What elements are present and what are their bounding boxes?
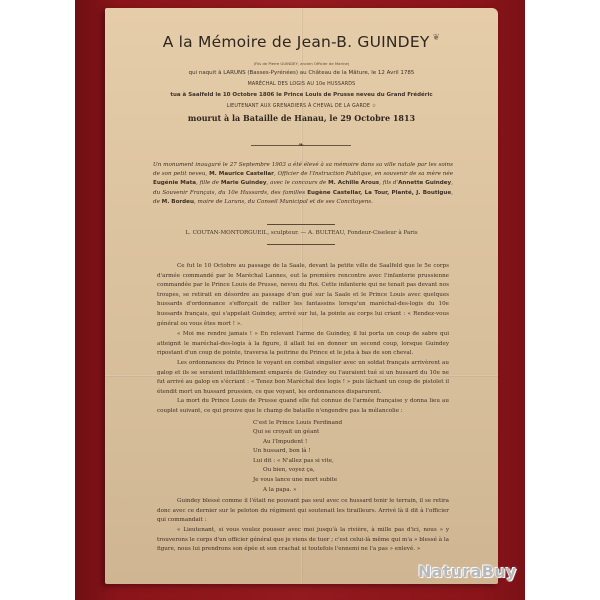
narrative-body: Ce fut le 10 Octobre au passage de la Sa…: [157, 262, 449, 555]
poem-line: Lui dit : « N'allez pas si vite,: [253, 457, 449, 467]
death-line: mourut à la Bataille de Hanau, le 29 Oct…: [105, 113, 498, 123]
paragraph-text: , avec le concours de: [267, 180, 329, 186]
paragraph-1: Ce fut le 10 Octobre au passage de la Sa…: [157, 262, 449, 329]
paragraph-text: , Officier de l'Instruction Publique, en…: [274, 171, 453, 177]
name-highlight: Eugène Castellar, La Tour, Planté, J. Bo…: [307, 190, 451, 196]
poem-line: Je vous lance une mort subite: [253, 476, 449, 486]
officer-line: LIEUTENANT AUX GRENADIERS À CHEVAL DE LA…: [105, 104, 498, 109]
paragraph-text: , fils d': [379, 180, 398, 186]
fleuron-icon: ❦: [432, 33, 440, 43]
name-highlight: Annette Guindey: [398, 180, 451, 186]
poem-line: Ou bien, voyez ça,: [253, 466, 449, 476]
name-highlight: M. Bordeu: [162, 199, 194, 205]
poem-line: Un hussard, bon là !: [253, 447, 449, 457]
paragraph-2: « Moi me rendre jamais ! » En relevant l…: [157, 330, 449, 359]
monument-paragraph: Un monument inauguré le 27 Septembre 190…: [153, 161, 453, 207]
title-text: A la Mémoire de Jean-B. GUINDEY: [163, 33, 430, 51]
memorial-document: A la Mémoire de Jean-B. GUINDEY❦ (Fils d…: [105, 8, 498, 584]
birth-line: qui naquit à LARUNS (Basses-Pyrénées) au…: [105, 70, 498, 76]
paragraph-3: Les ordonnances du Prince le voyant en c…: [157, 359, 449, 397]
paragraph-6: « Lieutenant, si vous voulez pousser ave…: [157, 526, 449, 555]
subtitle-parents: (Fils de Pierre GUINDEY, ancien Officier…: [105, 61, 498, 66]
deed-line: tua à Saalfeld le 10 Octobre 1806 le Pri…: [105, 92, 498, 98]
poem-line: Au l'Impudent !: [253, 438, 449, 448]
paragraph-4: La mort du Prince Louis de Prusse quand …: [157, 397, 449, 416]
poem-couplet: C'est le Prince Louis Ferdinand Qui se c…: [253, 419, 449, 496]
rank-line: MARÉCHAL DES LOGIS AU 10e HUSSARDS: [105, 82, 498, 87]
poem-line: Qui se croyait un géant: [253, 428, 449, 438]
name-highlight: M. Achille Arous: [328, 180, 379, 186]
naturabuy-watermark-logo: NaturaBuy: [418, 562, 517, 581]
poem-line: C'est le Prince Louis Ferdinand: [253, 419, 449, 429]
document-title: A la Mémoire de Jean-B. GUINDEY❦: [105, 33, 498, 51]
name-highlight: M. Maurice Castellar: [209, 171, 274, 177]
name-highlight: Marie Guindey: [221, 180, 267, 186]
paragraph-text: , maire de Laruns, du Conseil Municipal …: [194, 199, 373, 205]
separator-rule: [267, 224, 335, 225]
separator-rule-2: [267, 244, 335, 245]
poem-line: A la papa. »: [253, 486, 449, 496]
ornament-icon: ❧: [288, 141, 314, 149]
name-highlight: Eugénie Mata: [153, 180, 196, 186]
credits-line: L. COUTAN-MONTORGUEIL, sculpteur. — A. B…: [105, 230, 498, 236]
paragraph-5: Guindey blessé comme il l'était ne pouva…: [157, 497, 449, 526]
paragraph-text: , fille de: [196, 180, 221, 186]
